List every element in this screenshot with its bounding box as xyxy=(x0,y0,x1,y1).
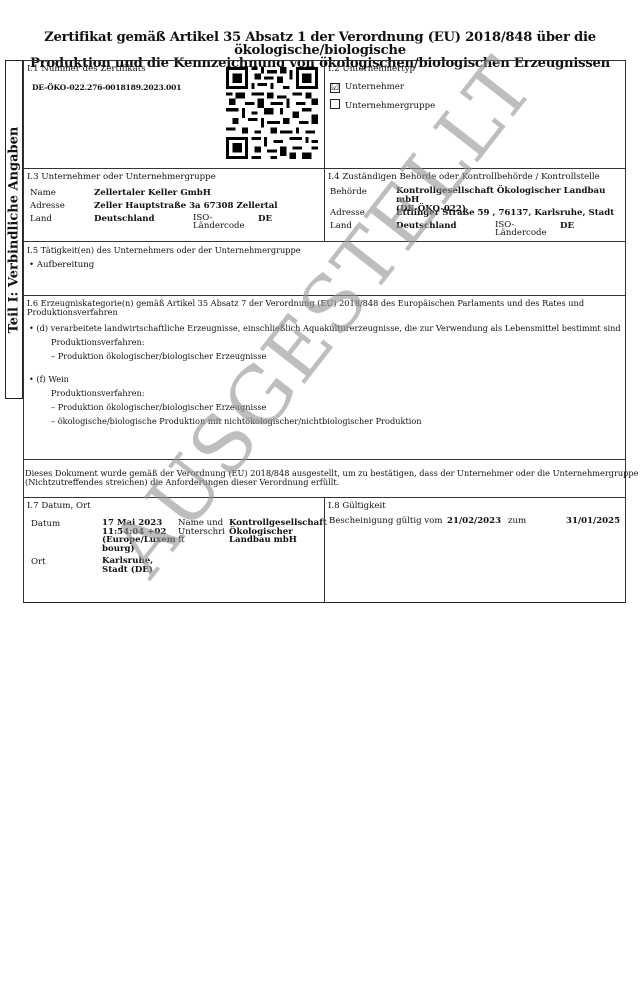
address-label: Adresse xyxy=(330,208,365,218)
section-i2-header: I.2 Unternehmertyp xyxy=(328,64,415,74)
issue-date: 17 Mai 202311:54:04 +02(Europe/Luxembour… xyxy=(102,519,176,553)
operator-address: Zeller Hauptstraße 3a 67308 Zellertal xyxy=(94,201,278,211)
checkbox-unchecked-icon[interactable] xyxy=(330,99,340,109)
certificate-number: DE-ÖKO-022.276-0018189.2023.001 xyxy=(32,83,181,93)
sidebar-label: Teil I: Verbindliche Angaben xyxy=(7,126,22,333)
option-label: Unternehmer xyxy=(345,82,404,92)
section-i1-certificate-number: I.1 Nummer des Zertifikats DE-ÖKO-022.27… xyxy=(23,60,325,169)
signature-label: Name undUnterschrift xyxy=(178,519,225,545)
certificate-frame: I.1 Nummer des Zertifikats DE-ÖKO-022.27… xyxy=(23,60,626,603)
authority-country: Deutschland xyxy=(396,221,457,231)
issue-place: Karlsruhe,Stadt (DE) xyxy=(102,557,153,574)
statement-box: Dieses Dokument wurde gemäß der Verordnu… xyxy=(23,459,626,498)
country-label: Land xyxy=(330,221,352,231)
option-unternehmer[interactable]: ☑Unternehmer xyxy=(330,82,404,93)
place-label: Ort xyxy=(31,557,46,567)
valid-to: 31/01/2025 xyxy=(566,516,620,526)
qr-code-icon[interactable] xyxy=(226,66,318,160)
country-label: Land xyxy=(30,214,52,224)
section-i5-header: I.5 Tätigkeit(en) des Unternehmers oder … xyxy=(27,245,301,255)
category-f-title: • (f) Wein xyxy=(29,374,69,384)
category-f-method-label: Produktionsverfahren: xyxy=(51,388,145,398)
section-i6-product-categories: I.6 Erzeugniskategorie(n) gemäß Artikel … xyxy=(23,295,626,460)
checkbox-checked-icon[interactable]: ☑ xyxy=(330,83,340,93)
valid-from: 21/02/2023 xyxy=(447,516,501,526)
section-i4-authority: I.4 Zuständigen Behörde oder Kontrollbeh… xyxy=(324,168,626,242)
section-i5-activities: I.5 Tätigkeit(en) des Unternehmers oder … xyxy=(23,241,626,296)
to-label: zum xyxy=(508,516,526,526)
operator-country: Deutschland xyxy=(94,214,155,224)
authority-label: Behörde xyxy=(330,187,367,197)
category-f-method-1: – Produktion ökologischer/biologischer E… xyxy=(51,402,266,412)
section-i3-operator: I.3 Unternehmer oder Unternehmergruppe N… xyxy=(23,168,325,242)
valid-label: Bescheinigung gültig vom xyxy=(329,516,442,526)
operator-name: Zellertaler Keller GmbH xyxy=(94,188,211,198)
category-f-method-2: – ökologische/biologische Produktion mit… xyxy=(51,416,422,426)
section-i2-operator-type: I.2 Unternehmertyp ☑Unternehmer Unterneh… xyxy=(324,60,626,169)
date-label: Datum xyxy=(31,519,60,529)
category-d-method-label: Produktionsverfahren: xyxy=(51,337,145,347)
option-label: Unternehmergruppe xyxy=(345,101,435,111)
iso-label: ISO-Ländercode xyxy=(495,221,547,237)
part-one-sidebar: Teil I: Verbindliche Angaben xyxy=(5,60,23,399)
section-i1-header: I.1 Nummer des Zertifikats xyxy=(27,64,146,74)
section-i8-header: I.8 Gültigkeit xyxy=(328,501,386,511)
section-i8-validity: I.8 Gültigkeit Bescheinigung gültig vom … xyxy=(324,497,626,603)
signatory: KontrollgesellschaftÖkologischerLandbau … xyxy=(229,519,327,545)
section-i6-header: I.6 Erzeugniskategorie(n) gemäß Artikel … xyxy=(27,299,584,317)
section-i7-date-place: I.7 Datum, Ort Datum 17 Mai 202311:54:04… xyxy=(23,497,325,603)
activity-item: • Aufbereitung xyxy=(29,260,94,270)
authority-address: Ettlinger Straße 59 , 76137, Karlsruhe, … xyxy=(396,208,614,218)
section-i4-header: I.4 Zuständigen Behörde oder Kontrollbeh… xyxy=(328,172,600,182)
authority-iso-code: DE xyxy=(560,221,574,231)
section-i7-header: I.7 Datum, Ort xyxy=(27,501,91,511)
name-label: Name xyxy=(30,188,56,198)
category-d-title: • (d) verarbeitete landwirtschaftliche E… xyxy=(29,323,621,333)
address-label: Adresse xyxy=(30,201,65,211)
operator-iso-code: DE xyxy=(258,214,272,224)
statement-text: Dieses Dokument wurde gemäß der Verordnu… xyxy=(25,469,639,487)
category-d-method: – Produktion ökologischer/biologischer E… xyxy=(51,351,266,361)
option-unternehmergruppe[interactable]: Unternehmergruppe xyxy=(330,99,435,111)
iso-label: ISO-Ländercode xyxy=(193,214,245,230)
section-i3-header: I.3 Unternehmer oder Unternehmergruppe xyxy=(27,172,216,182)
title-line-1: Zertifikat gemäß Artikel 35 Absatz 1 der… xyxy=(0,31,640,57)
